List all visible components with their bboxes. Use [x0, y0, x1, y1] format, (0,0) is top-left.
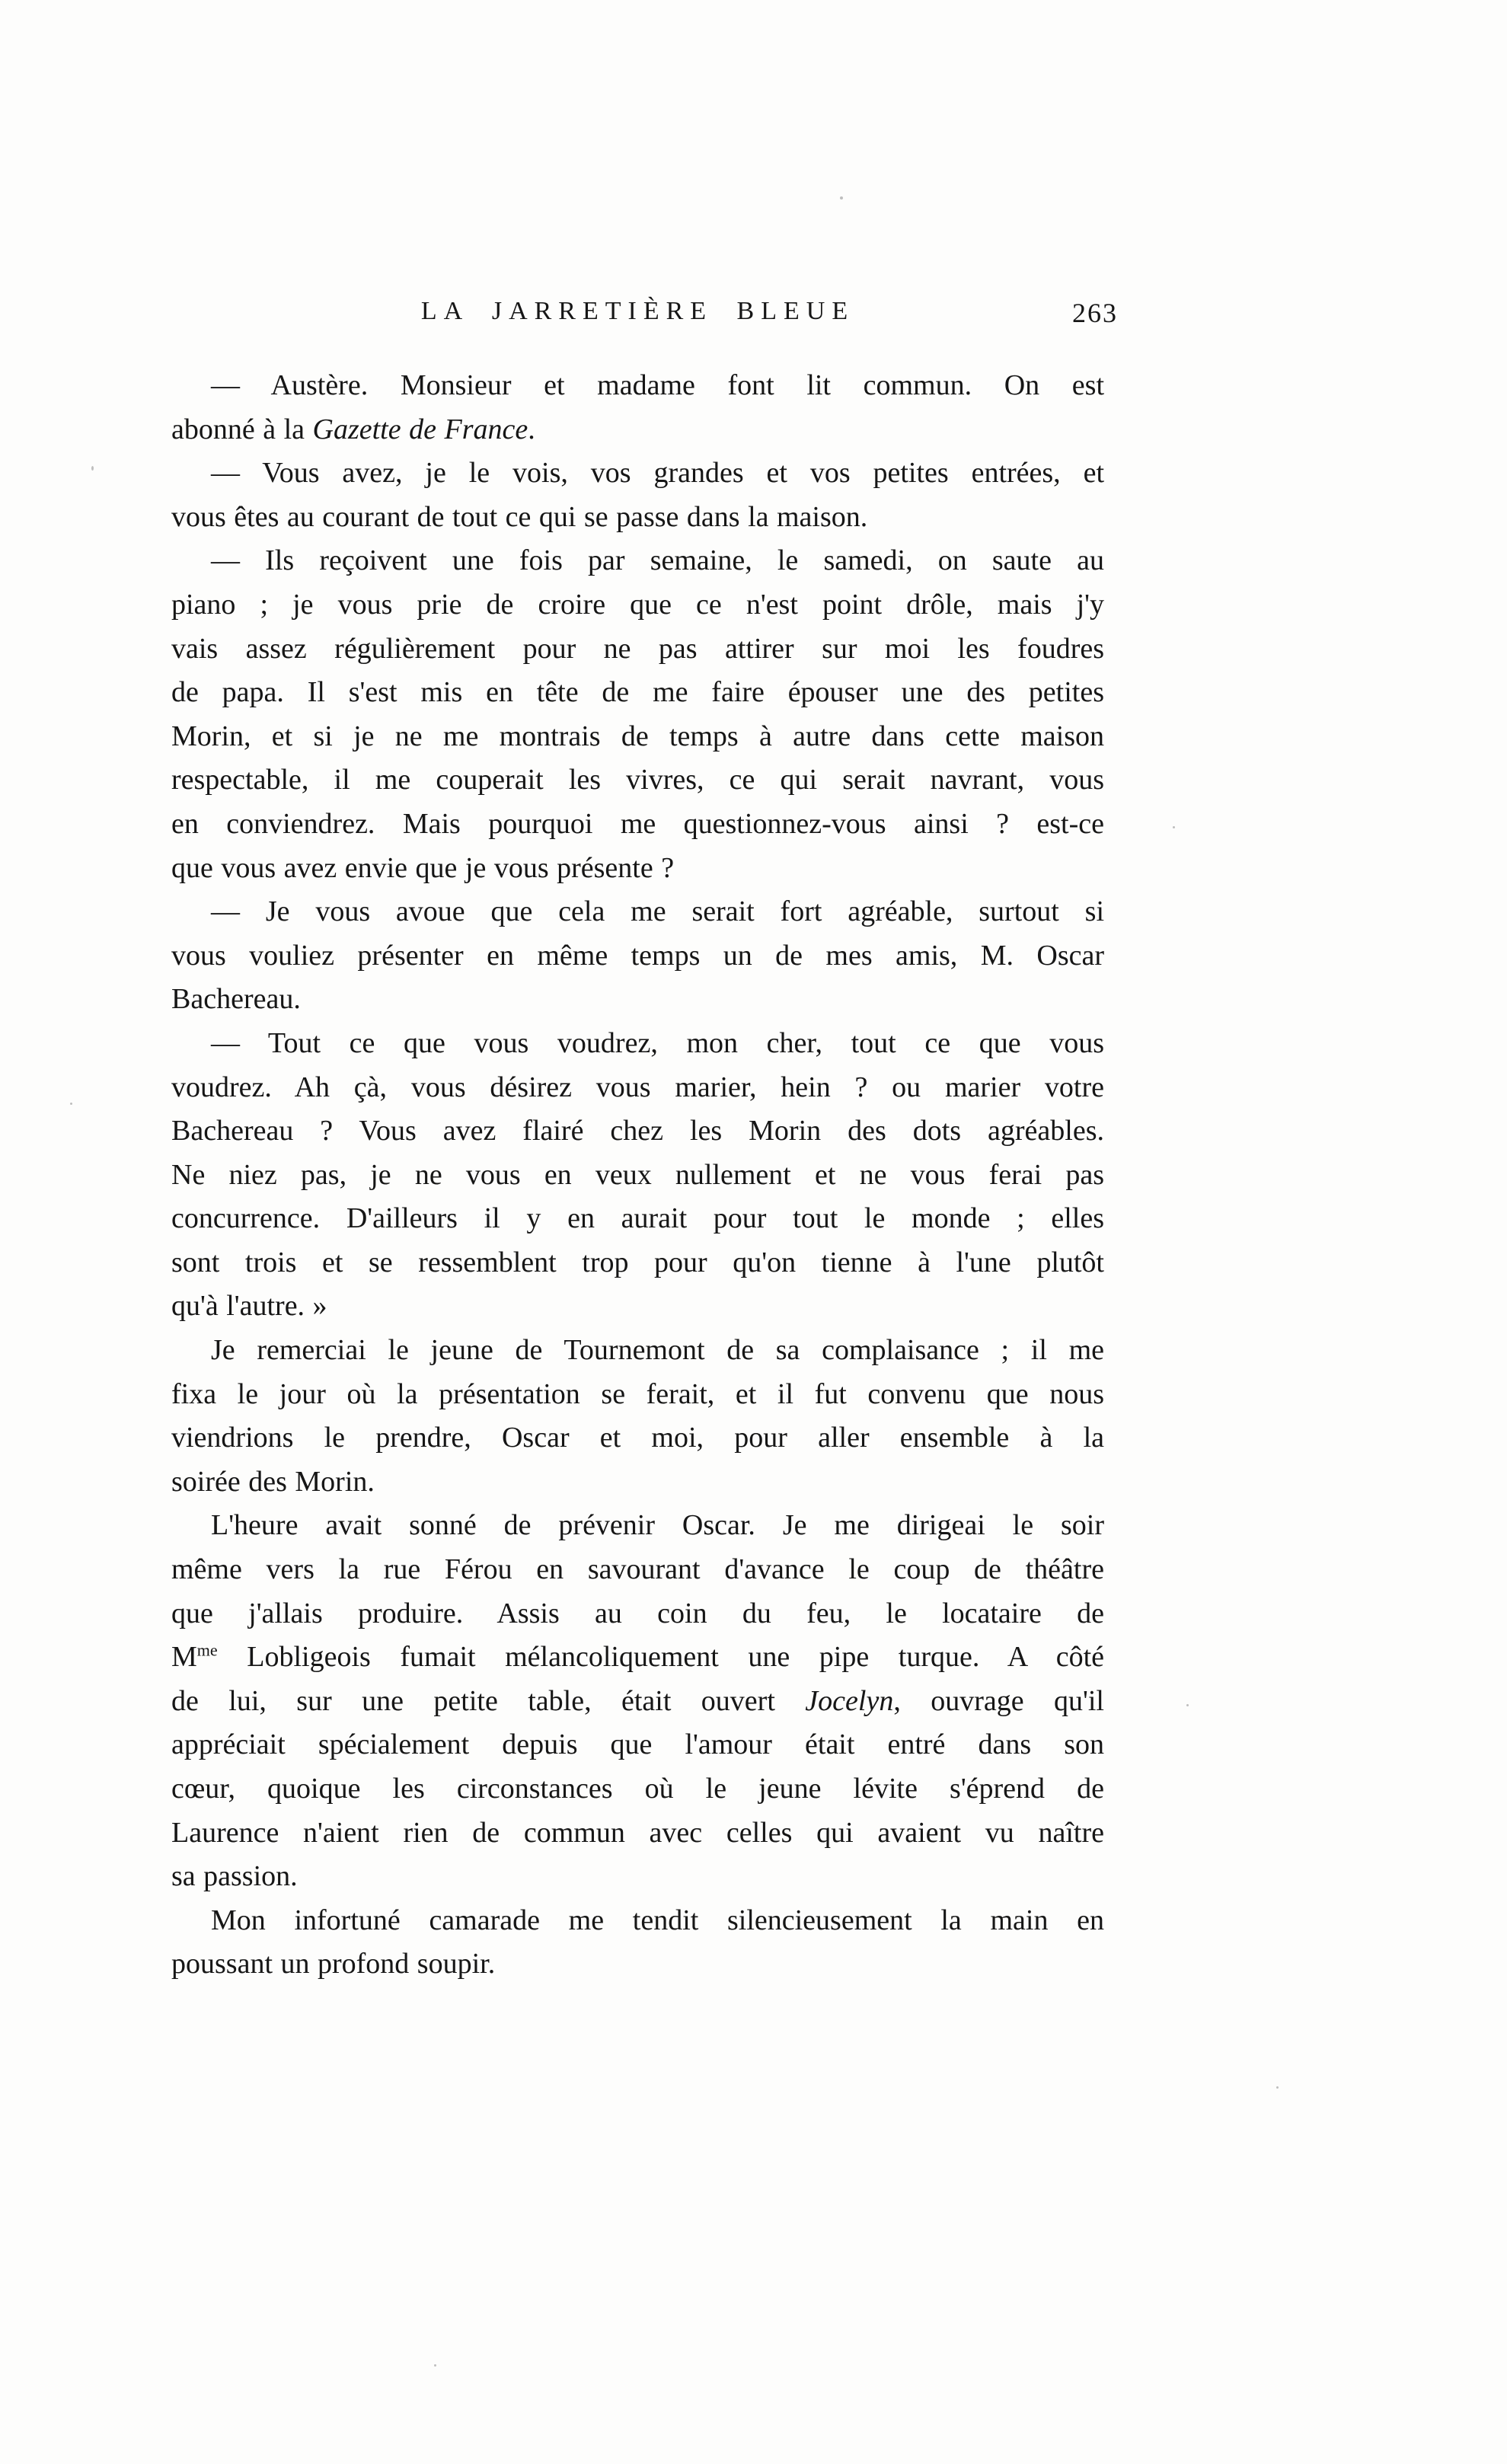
text-line: Bachereau. — [171, 978, 1104, 1022]
text-line: Laurence n'aient rien de commun avec cel… — [171, 1811, 1104, 1856]
text-line: Je remerciai le jeune de Tournemont de s… — [171, 1329, 1104, 1373]
paragraph: — Tout ce que vous voudrez, mon cher, to… — [171, 1022, 1104, 1329]
text-line: — Austère. Monsieur et madame font lit c… — [171, 364, 1104, 408]
text-line: respectable, il me couperait les vivres,… — [171, 758, 1104, 803]
text-line: concurrence. D'ailleurs il y en aurait p… — [171, 1197, 1104, 1241]
scan-speck — [70, 1103, 72, 1105]
text-line: vous vouliez présenter en même temps un … — [171, 934, 1104, 978]
paragraph: — Je vous avoue que cela me serait fort … — [171, 890, 1104, 1022]
text-line: viendrions le prendre, Oscar et moi, pou… — [171, 1416, 1104, 1460]
text-line: Morin, et si je ne me montrais de temps … — [171, 715, 1104, 759]
text-line: L'heure avait sonné de prévenir Oscar. J… — [171, 1504, 1104, 1548]
text-line: que j'allais produire. Assis au coin du … — [171, 1592, 1104, 1636]
scan-speck — [1186, 1704, 1189, 1706]
text-line: même vers la rue Férou en savourant d'av… — [171, 1548, 1104, 1592]
text-line: vous êtes au courant de tout ce qui se p… — [171, 496, 1104, 540]
paragraph: — Vous avez, je le vois, vos grandes et … — [171, 452, 1104, 539]
text-line: en conviendrez. Mais pourquoi me questio… — [171, 803, 1104, 847]
text-line: appréciait spécialement depuis que l'amo… — [171, 1723, 1104, 1767]
text-line: poussant un profond soupir. — [171, 1942, 1104, 1987]
text-line: Mon infortuné camarade me tendit silenci… — [171, 1899, 1104, 1943]
text-line: fixa le jour où la présentation se ferai… — [171, 1373, 1104, 1417]
text-line: voudrez. Ah çà, vous désirez vous marier… — [171, 1066, 1104, 1110]
paragraph: — Austère. Monsieur et madame font lit c… — [171, 364, 1104, 452]
text-line: de lui, sur une petite table, était ouve… — [171, 1680, 1104, 1724]
text-line: Bachereau ? Vous avez flairé chez les Mo… — [171, 1109, 1104, 1154]
text-line: Ne niez pas, je ne vous en veux nullemen… — [171, 1154, 1104, 1198]
text-line: Mme Lobligeois fumait mélancoliquement u… — [171, 1636, 1104, 1680]
text-line: abonné à la Gazette de France. — [171, 408, 1104, 452]
text-line: soirée des Morin. — [171, 1460, 1104, 1505]
scan-speck — [1173, 826, 1175, 828]
scan-speck — [840, 196, 843, 199]
text-line: vais assez régulièrement pour ne pas att… — [171, 627, 1104, 672]
text-line: cœur, quoique les circonstances où le je… — [171, 1767, 1104, 1811]
page-number: 263 — [1072, 297, 1118, 329]
text-line: piano ; je vous prie de croire que ce n'… — [171, 583, 1104, 627]
paragraph: Mon infortuné camarade me tendit silenci… — [171, 1899, 1104, 1987]
text-line: sont trois et se ressemblent trop pour q… — [171, 1241, 1104, 1285]
text-line: — Je vous avoue que cela me serait fort … — [171, 890, 1104, 934]
text-line: sa passion. — [171, 1855, 1104, 1899]
text-line: — Tout ce que vous voudrez, mon cher, to… — [171, 1022, 1104, 1066]
paragraph: Je remerciai le jeune de Tournemont de s… — [171, 1329, 1104, 1504]
text-block: — Austère. Monsieur et madame font lit c… — [171, 364, 1104, 1987]
text-line: de papa. Il s'est mis en tête de me fair… — [171, 671, 1104, 715]
text-line: — Ils reçoivent une fois par semaine, le… — [171, 539, 1104, 583]
page-title: LA JARRETIÈRE BLEUE — [171, 297, 1104, 326]
text-line: que vous avez envie que je vous présente… — [171, 847, 1104, 891]
running-header: LA JARRETIÈRE BLEUE 263 — [171, 297, 1104, 337]
scan-speck — [434, 2364, 436, 2367]
scanned-book-page: LA JARRETIÈRE BLEUE 263 — Austère. Monsi… — [0, 0, 1507, 2464]
paragraph: — Ils reçoivent une fois par semaine, le… — [171, 539, 1104, 890]
scan-speck — [1276, 2086, 1279, 2089]
text-line: — Vous avez, je le vois, vos grandes et … — [171, 452, 1104, 496]
text-line: qu'à l'autre. » — [171, 1285, 1104, 1329]
scan-speck — [91, 466, 94, 471]
paragraph: L'heure avait sonné de prévenir Oscar. J… — [171, 1504, 1104, 1898]
